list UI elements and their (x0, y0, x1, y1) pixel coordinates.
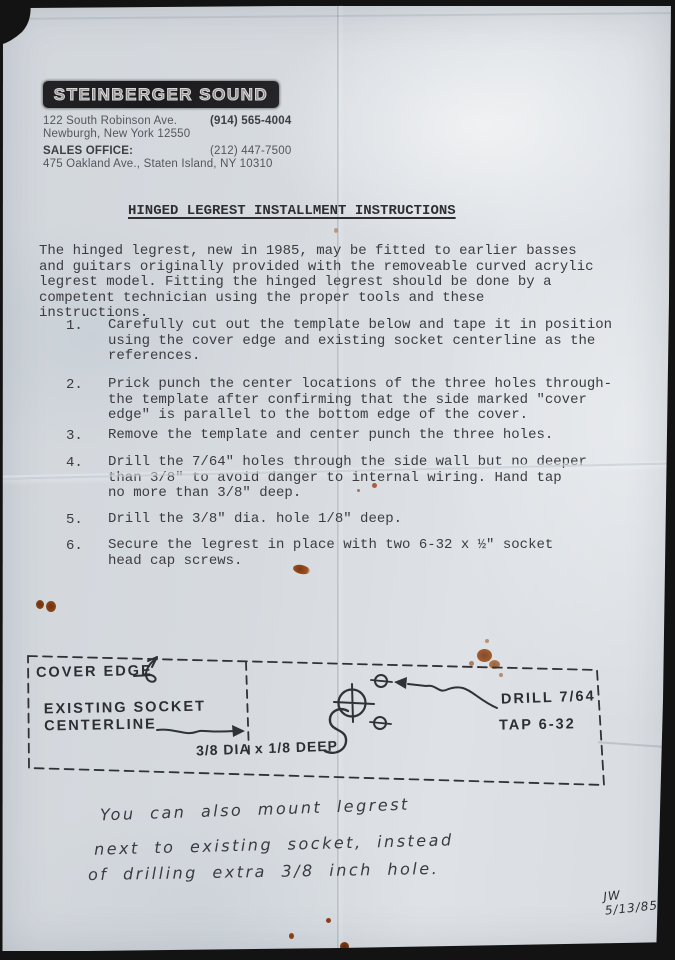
step-text: Prick punch the center locations of the … (108, 377, 628, 424)
socket-centerline-label: EXISTING SOCKET CENTERLINE (44, 699, 207, 735)
step-text: Drill the 3/8" dia. hole 1/8" deep. (108, 512, 628, 528)
step-text: Carefully cut out the template below and… (108, 318, 628, 365)
step-number: 4. (66, 455, 83, 471)
signature-initials-date: JW 5/13/85 (603, 882, 675, 917)
hole-dia-label: 3/8 DIA x 1/8 DEEP (196, 738, 338, 759)
step-number: 2. (66, 377, 83, 393)
handwritten-note-line1: You can also mount legrest (100, 795, 410, 825)
cover-edge-label: COVER EDGE (36, 663, 153, 681)
drill-label: DRILL 7/64 (501, 688, 596, 707)
handwritten-note-line3: of drilling extra 3/8 inch hole. (88, 859, 439, 884)
company-address-line3: 475 Oakland Ave., Staten Island, NY 1031… (43, 158, 273, 170)
step-number: 3. (66, 428, 83, 444)
step-text: Secure the legrest in place with two 6-3… (108, 538, 628, 569)
step-number: 6. (66, 538, 83, 554)
phone-number-sales: (212) 447-7500 (210, 145, 291, 157)
phone-number-ny: (914) 565-4004 (210, 115, 291, 127)
handwritten-note-line2: next to existing socket, instead (94, 830, 454, 858)
sales-office-label: SALES OFFICE: (43, 145, 133, 157)
page-title: HINGED LEGREST INSTALLMENT INSTRUCTIONS (128, 204, 456, 220)
step-text: Remove the template and center punch the… (108, 428, 628, 444)
step-number: 1. (66, 318, 83, 334)
step-number: 5. (66, 512, 83, 528)
company-name: STEINBERGER SOUND (54, 85, 268, 105)
letterhead-logo: STEINBERGER SOUND (43, 81, 279, 108)
company-address-line2: Newburgh, New York 12550 (43, 128, 190, 140)
company-address-line1: 122 South Robinson Ave. (43, 115, 177, 127)
step-text: Drill the 7/64" holes through the side w… (108, 455, 628, 502)
intro-paragraph: The hinged legrest, new in 1985, may be … (39, 244, 599, 322)
tap-label: TAP 6-32 (499, 716, 576, 733)
